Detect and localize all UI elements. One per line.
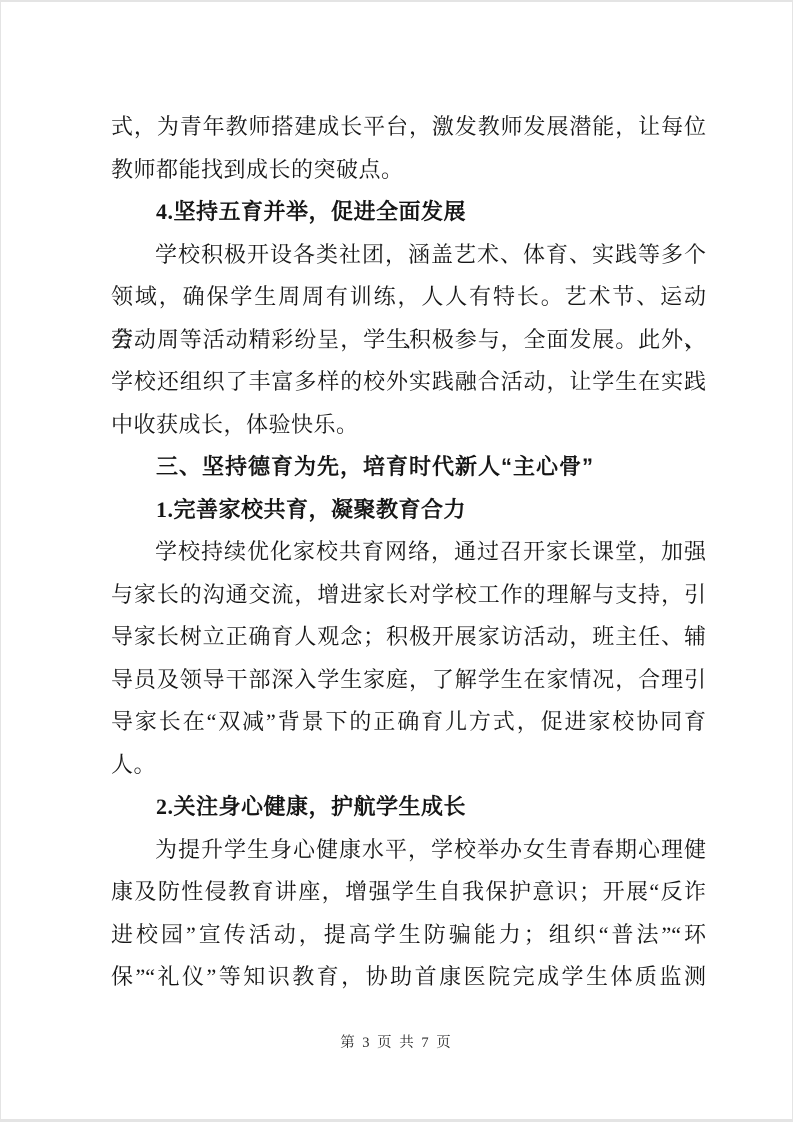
paragraph-line: 与家长的沟通交流，增进家长对学校工作的理解与支持，引	[111, 574, 706, 617]
paragraph-line: 进校园”宣传活动，提高学生防骗能力；组织“普法”“环	[111, 914, 706, 957]
paragraph-line: 领域，确保学生周周有训练，人人有特长。艺术节、运动会、、	[111, 276, 706, 319]
paragraph-line: 教师都能找到成长的突破点。	[111, 149, 706, 192]
paragraph-line: 式，为青年教师搭建成长平台，激发教师发展潜能，让每位	[111, 106, 706, 149]
paragraph-line: 为提升学生身心健康水平，学校举办女生青春期心理健	[111, 829, 706, 872]
paragraph-line: 学校积极开设各类社团，涵盖艺术、体育、实践等多个	[111, 234, 706, 277]
heading-point-1: 1.完善家校共育，凝聚教育合力	[111, 489, 706, 532]
paragraph-line: 康及防性侵教育讲座，增强学生自我保护意识；开展“反诈	[111, 871, 706, 914]
document-page: 式，为青年教师搭建成长平台，激发教师发展潜能，让每位 教师都能找到成长的突破点。…	[1, 2, 792, 1119]
paragraph-line: 保”“礼仪”等知识教育，协助首康医院完成学生体质监测	[111, 956, 706, 999]
page-number-text: 第 3 页 共 7 页	[340, 1035, 453, 1051]
paragraph-line: 学校还组织了丰富多样的校外实践融合活动，让学生在实践	[111, 361, 706, 404]
paragraph-line: 劳动周等活动精彩纷呈，学生积极参与，全面发展。此外，	[111, 319, 706, 362]
paragraph-line: 导员及领导干部深入学生家庭，了解学生在家情况，合理引	[111, 659, 706, 702]
heading-point-4: 4.坚持五育并举，促进全面发展	[111, 191, 706, 234]
heading-point-2: 2.关注身心健康，护航学生成长	[111, 786, 706, 829]
page-content: 式，为青年教师搭建成长平台，激发教师发展潜能，让每位 教师都能找到成长的突破点。…	[111, 106, 706, 999]
paragraph-line: 导家长在“双减”背景下的正确育儿方式，促进家校协同育	[111, 701, 706, 744]
paragraph-line: 中收获成长，体验快乐。	[111, 404, 706, 447]
heading-section-3: 三、坚持德育为先，培育时代新人“主心骨”	[111, 446, 706, 489]
paragraph-line: 学校持续优化家校共育网络，通过召开家长课堂，加强	[111, 531, 706, 574]
paragraph-line: 人。	[111, 744, 706, 787]
paragraph-line: 导家长树立正确育人观念；积极开展家访活动，班主任、辅	[111, 616, 706, 659]
page-footer: 第 3 页 共 7 页	[1, 1033, 792, 1053]
